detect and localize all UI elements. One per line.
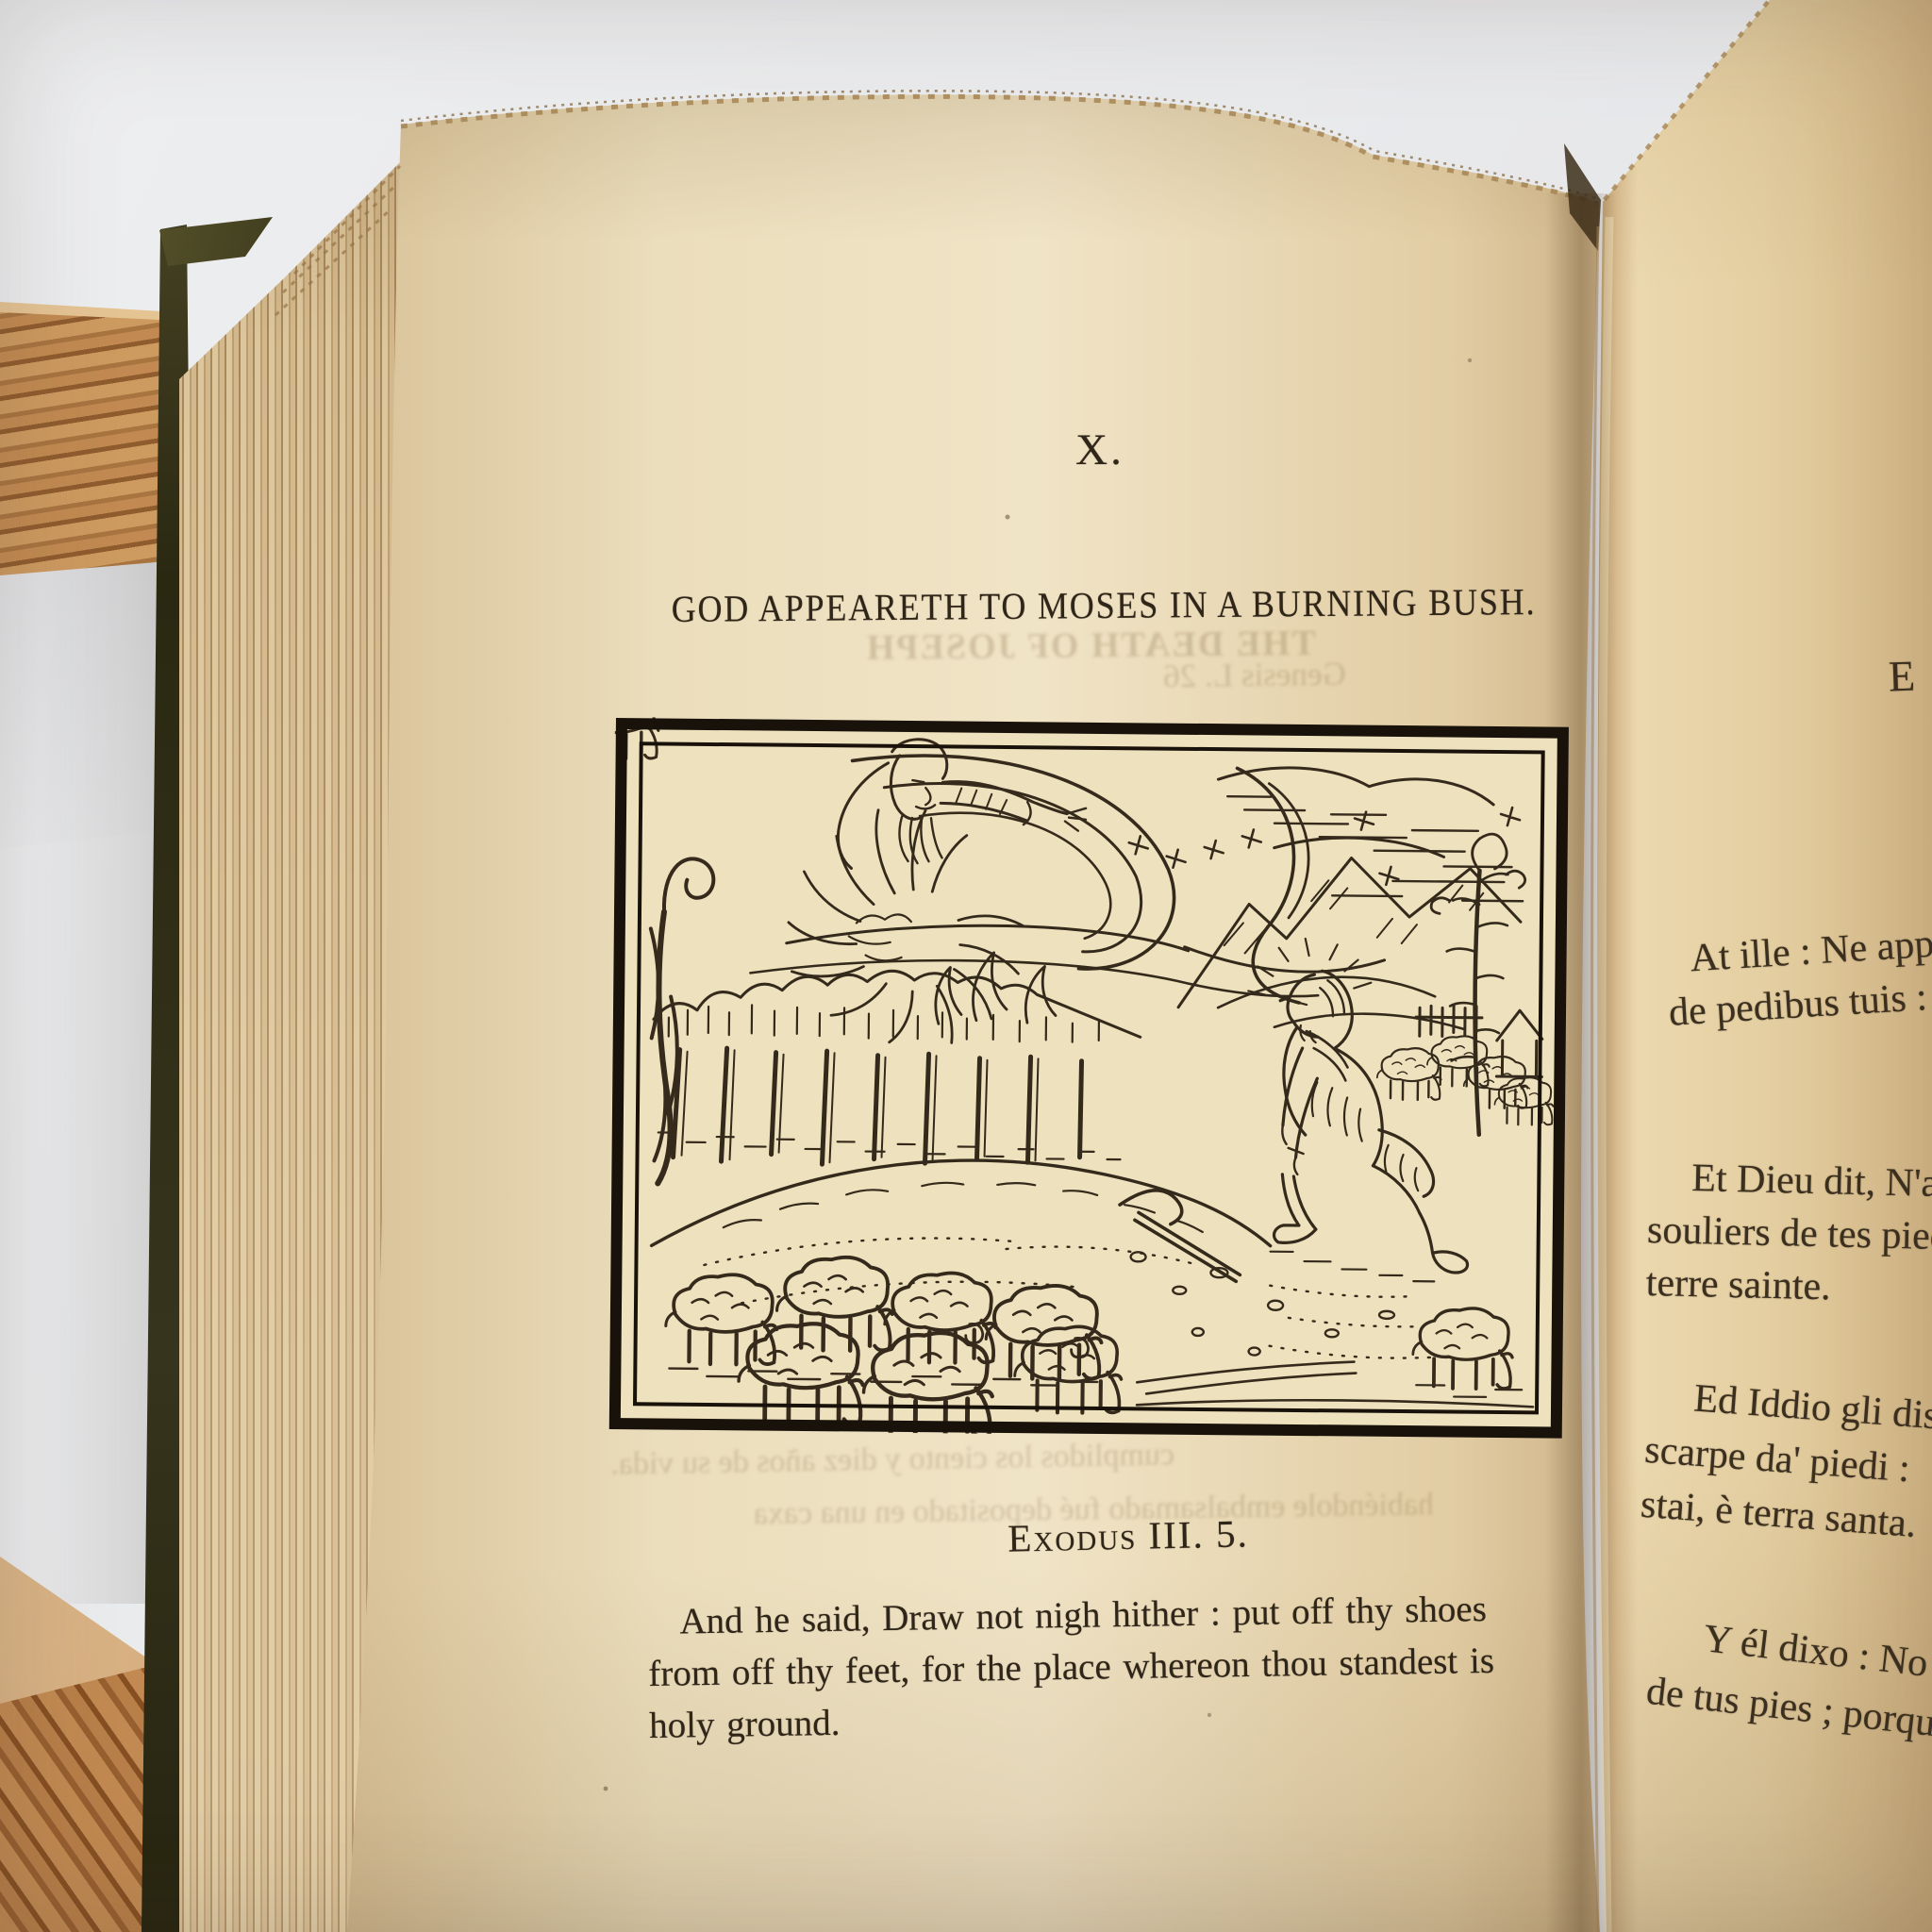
french-line: souliers de tes pieds bbox=[1646, 1204, 1932, 1264]
right-page-french-verse: Et Dieu dit, N'a souliers de tes pieds t… bbox=[1645, 1151, 1932, 1317]
right-page-italian-verse: Ed Iddio gli diss scarpe da' piedi : sta… bbox=[1639, 1368, 1932, 1554]
plate-title: GOD APPEARETH TO MOSES IN A BURNING BUSH… bbox=[637, 579, 1571, 632]
right-page-latin-verse: At ille : Ne appropi de pedibus tuis : l… bbox=[1664, 913, 1932, 1040]
scripture-caption: Exodus III. 5. bbox=[977, 1510, 1280, 1562]
woodcut-god-appears-to-moses bbox=[608, 717, 1570, 1440]
chapter-number: X. bbox=[1043, 425, 1157, 475]
french-line: terre sainte. bbox=[1645, 1257, 1932, 1317]
showthrough-reference: Genesis L. 26 bbox=[1104, 655, 1407, 696]
woodcut-illustration bbox=[608, 717, 1570, 1440]
right-page-heading-fragment: E bbox=[1888, 650, 1919, 701]
french-line: Et Dieu dit, N'a bbox=[1691, 1152, 1932, 1211]
verse-paragraph: And he said, Draw not nigh hither : put … bbox=[647, 1581, 1602, 1752]
photo-open-book: X. GOD APPEARETH TO MOSES IN A BURNING B… bbox=[0, 0, 1932, 1932]
